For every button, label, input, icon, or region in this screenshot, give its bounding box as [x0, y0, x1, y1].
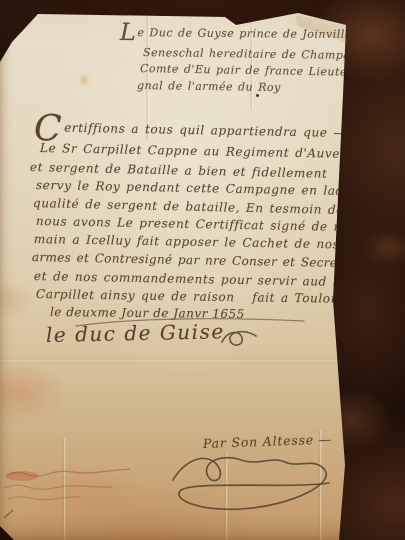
- signature-paraph: [218, 326, 260, 352]
- body-line: Carpillet ainsy que de raison fait a Tou…: [36, 287, 339, 306]
- paper-fold-line: [0, 358, 338, 361]
- closing-line: Par Son Altesse —: [203, 431, 333, 450]
- body-line: nous avons Le present Certifficat signé …: [36, 214, 375, 234]
- heading-line: Comte d'Eu pair de france Lieutenant: [140, 62, 374, 79]
- ink-fleck: [256, 94, 259, 97]
- signature-underline-flourish: [72, 314, 312, 330]
- heading-line: Seneschal hereditaire de Champagne: [143, 46, 373, 62]
- body-line: qualité de sergent de bataille, En tesmo…: [33, 196, 376, 218]
- paper-crease: [250, 10, 254, 110]
- torn-corner: [296, 12, 348, 42]
- pencil-annotation-scribble: [2, 462, 154, 512]
- body-line: et sergent de Bataille a bien et fidelle…: [30, 160, 328, 181]
- body-line: armes et Contresigné par nre Conser et S…: [32, 250, 396, 271]
- body-line: et de nos commandements pour servir aud …: [34, 269, 367, 289]
- body-line: Certiffions a tous quil appartiendra que…: [34, 120, 346, 140]
- date-line: le deuxme Jour de Janvr 1655: [50, 305, 245, 321]
- paper-crease: [224, 452, 228, 540]
- heading-line: Le Duc de Guyse prince de Joinville —: [120, 26, 368, 41]
- paper-crease: [62, 438, 66, 540]
- body-line: main a Icelluy fait apposer le Cachet de…: [34, 232, 358, 252]
- manuscript-paper: Le Duc de Guyse prince de Joinville — Se…: [0, 0, 405, 540]
- heading-line: gnal de l'armée du Roy: [137, 79, 281, 94]
- paper-crease: [146, 10, 150, 140]
- duke-signature: le duc de Guise: [46, 319, 225, 347]
- body-line: servy le Roy pendant cette Campagne en l…: [36, 178, 376, 199]
- pencil-mark: [2, 508, 18, 520]
- manuscript-photo: Le Duc de Guyse prince de Joinville — Se…: [0, 0, 405, 540]
- secretary-signature-flourish: [165, 448, 347, 524]
- paper-crease: [318, 430, 322, 540]
- body-line: Le Sr Carpillet Cappne au Regiment d'Auv…: [40, 141, 389, 162]
